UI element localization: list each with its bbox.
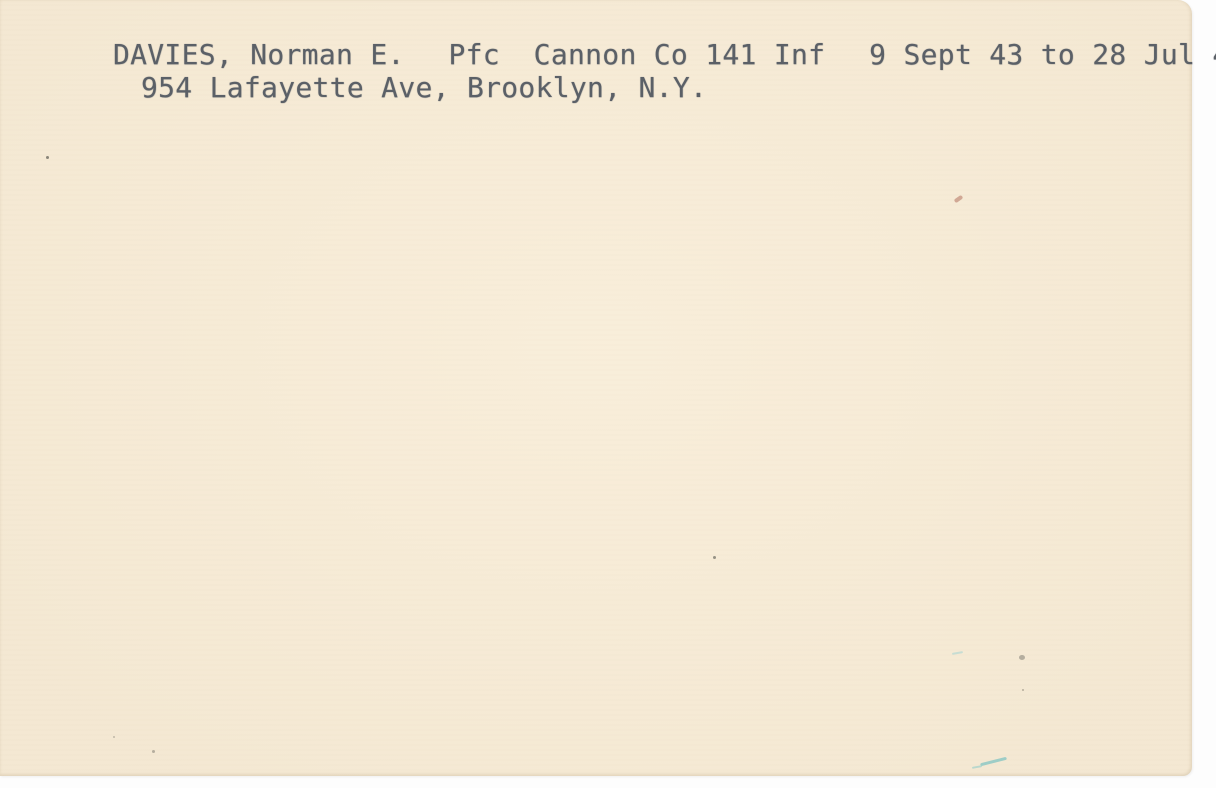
faint-teal-tick (952, 651, 963, 655)
teal-pencil-mark-tail (972, 765, 982, 769)
teal-pencil-mark (980, 757, 1007, 766)
paper-speck (152, 750, 155, 753)
red-fiber-speck (954, 195, 964, 203)
index-card: DAVIES, Norman E.PfcCannon Co 141 Inf9 S… (0, 0, 1192, 776)
paper-speck (1022, 689, 1024, 691)
gray-smudge (1019, 655, 1025, 660)
paper-speck (113, 736, 115, 738)
paper-speck (46, 156, 49, 159)
card-line-2: 954 Lafayette Ave, Brooklyn, N.Y. (38, 37, 707, 139)
scanned-page: DAVIES, Norman E.PfcCannon Co 141 Inf9 S… (0, 0, 1216, 788)
service-dates: 9 Sept 43 to 28 Jul 44 (869, 38, 1216, 71)
soldier-address: 954 Lafayette Ave, Brooklyn, N.Y. (141, 71, 707, 104)
paper-speck (713, 556, 716, 559)
